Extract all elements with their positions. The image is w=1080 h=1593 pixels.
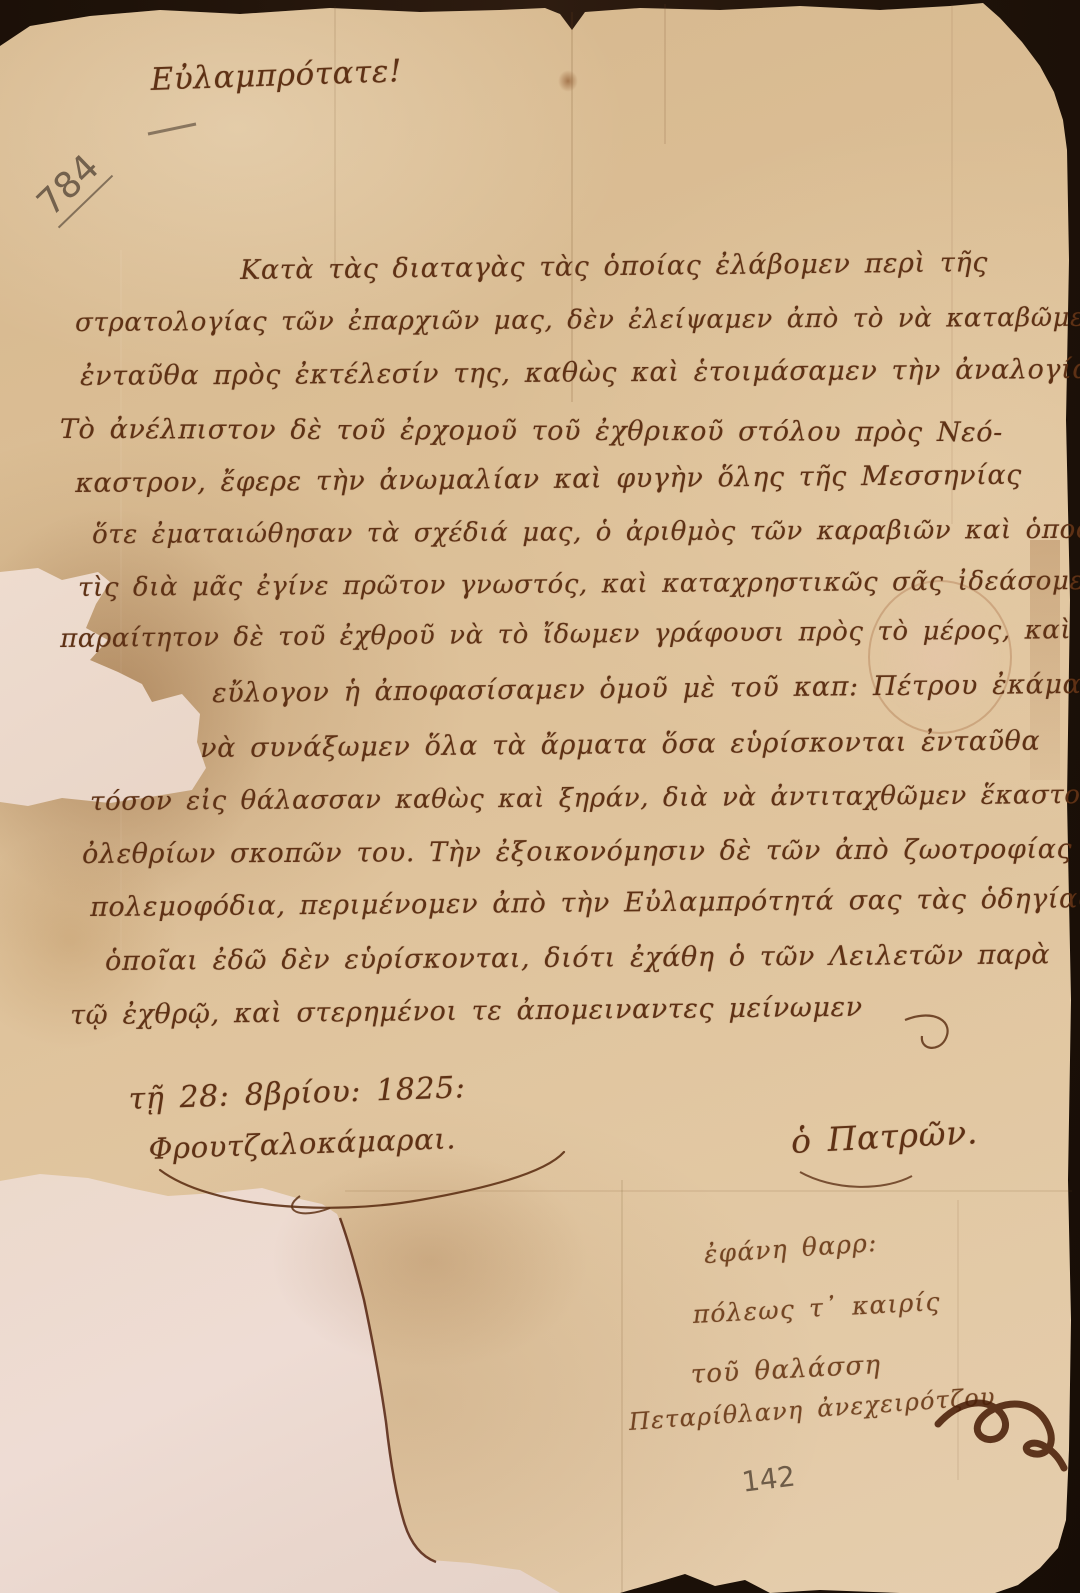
crease [957, 1200, 959, 1480]
manuscript-line: ὅτε ἐματαιώθησαν τὰ σχέδιά μας, ὁ ἀριθμὸ… [92, 515, 1080, 550]
manuscript-line: στρατολογίας τῶν ἐπαρχιῶν μας, δὲν ἐλείψ… [75, 303, 1080, 338]
crease [664, 4, 666, 144]
manuscript-line: ὀλεθρίων σκοπῶν του. Τὴν ἐξοικονόμησιν δ… [82, 834, 1080, 870]
manuscript-line: ὁποῖαι ἐδῶ δὲν εὑρίσκονται, διότι ἐχάθη … [105, 939, 1050, 977]
crease [621, 1180, 623, 1593]
archival-number-bottom: 142 [740, 1459, 797, 1498]
crease [571, 12, 573, 402]
crease [334, 6, 336, 274]
photo-of-letter: 784 142 Εὐλαμπρότατε! Κατὰ τὰς διαταγὰς … [0, 0, 1080, 1593]
crease [345, 1190, 1072, 1192]
manuscript-line: Τὸ ἀνέλπιστον δὲ τοῦ ἐρχομοῦ τοῦ ἐχθρικο… [60, 414, 1003, 448]
